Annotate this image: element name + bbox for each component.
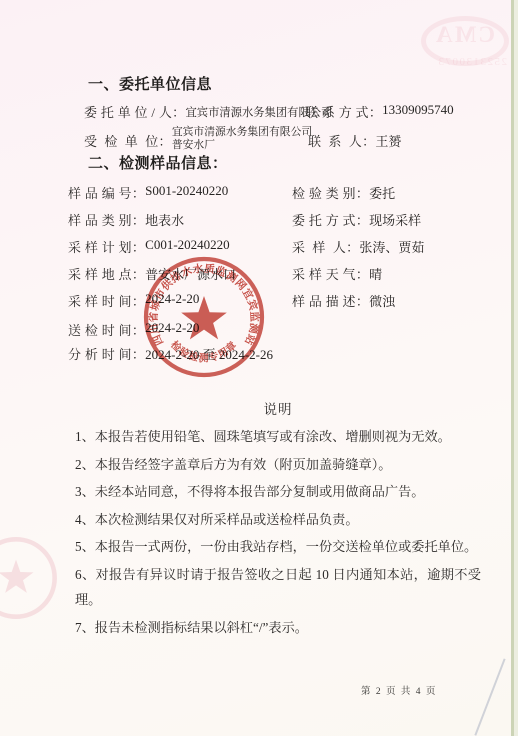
sample-row-inspection-category: 检 验 类 别： 委托 [292, 183, 395, 202]
note-item-6: 6、对报告有异议时请于报告签收之日起 10 日内通知本站，逾期不受理。 [75, 562, 481, 613]
client-label: 委 托 单 位 / 人： [84, 102, 185, 121]
sampler-label: 采 样 人： [292, 237, 359, 256]
contact-label: 联 系 方 式： [305, 102, 382, 121]
sample-row-sampler: 采 样 人： 张涛、贾茹 [292, 237, 424, 256]
report-page: CMA 2523130073 一、委托单位信息 委 托 单 位 / 人： 宜宾市… [0, 0, 518, 736]
sample-row-sample-description: 样 品 描 述： 微浊 [292, 291, 395, 310]
star-icon [181, 296, 227, 339]
sample-no-label: 样 品 编 号： [68, 183, 145, 202]
contact-value: 13309095740 [382, 102, 454, 118]
official-seal-stamp: 四川省城市供排水水质监测网宜宾监测站 检验检测专用章 [134, 247, 274, 387]
section-title-sample: 二、检测样品信息： [88, 152, 228, 173]
entrust-method-value: 现场采样 [369, 210, 421, 229]
sampler-value: 张涛、贾茹 [359, 237, 424, 256]
inspection-category-label: 检 验 类 别： [292, 183, 369, 202]
note-item-4: 4、本次检测结果仅对所采样品或送检样品负责。 [75, 507, 481, 533]
sample-row-weather: 采 样 天 气： 晴 [292, 264, 382, 283]
inspected-unit-row: 受 检 单 位： 宜宾市清源水务集团有限公司 普安水厂 [84, 131, 312, 151]
sample-row-entrust-method: 委 托 方 式： 现场采样 [292, 210, 421, 229]
sample-description-value: 微浊 [369, 291, 395, 310]
page-number: 第 2 页 共 4 页 [361, 683, 437, 697]
inspected-unit-value-line1: 宜宾市清源水务集团有限公司 [172, 126, 312, 139]
sample-no-value: S001-20240220 [145, 183, 228, 199]
contact-person-label: 联 系 人： [308, 131, 375, 150]
notes-title: 说明 [75, 398, 481, 418]
sample-type-value: 地表水 [145, 210, 184, 229]
sample-row-sample-no: 样 品 编 号： S001-20240220 [68, 183, 228, 202]
contact-person-row: 联 系 人： 王赟 [308, 131, 401, 150]
weather-value: 晴 [369, 264, 382, 283]
ghost-seal-bleedthrough [0, 532, 62, 624]
cma-digits: 2523130073 [437, 56, 507, 68]
client-row: 委 托 单 位 / 人： 宜宾市清源水务集团有限公司 [84, 102, 332, 121]
sample-type-label: 样 品 类 别： [68, 210, 145, 229]
inspected-unit-label: 受 检 单 位： [84, 131, 172, 150]
seal-bottom-text: 检验检测专用章 [168, 338, 240, 364]
contact-row: 联 系 方 式： 13309095740 [305, 102, 454, 121]
cma-letters: CMA [434, 22, 495, 48]
note-item-3: 3、未经本站同意，不得将本报告部分复制或用做商品广告。 [75, 479, 481, 505]
section-title-client: 一、委托单位信息 [88, 73, 212, 94]
note-item-7: 7、报告未检测指标结果以斜杠“/”表示。 [75, 615, 481, 641]
weather-label: 采 样 天 气： [292, 264, 369, 283]
note-item-2: 2、本报告经签字盖章后方为有效（附页加盖骑缝章）。 [75, 452, 481, 478]
inspected-unit-value-line2: 普安水厂 [172, 139, 312, 152]
scan-artifact-scratch [474, 658, 505, 735]
note-item-1: 1、本报告若使用铅笔、圆珠笔填写或有涂改、增删则视为无效。 [75, 424, 481, 450]
cma-bleedthrough-mark: CMA 2523130073 [421, 16, 509, 68]
note-item-5: 5、本报告一式两份，一份由我站存档，一份交送检单位或委托单位。 [75, 534, 481, 560]
sample-description-label: 样 品 描 述： [292, 291, 369, 310]
contact-person-value: 王赟 [375, 131, 401, 150]
notes-list: 1、本报告若使用铅笔、圆珠笔填写或有涂改、增删则视为无效。 2、本报告经签字盖章… [75, 424, 481, 642]
entrust-method-label: 委 托 方 式： [292, 210, 369, 229]
sample-row-sample-type: 样 品 类 别： 地表水 [68, 210, 184, 229]
inspection-category-value: 委托 [369, 183, 395, 202]
scan-artifact-edge-line [511, 0, 514, 736]
